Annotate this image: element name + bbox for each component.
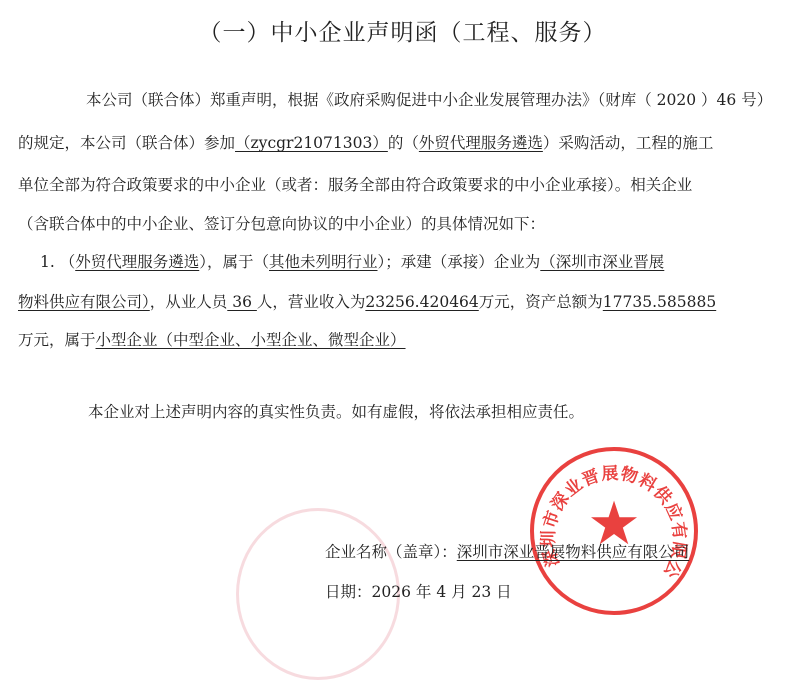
item-text-d: 人，营业收入为 bbox=[257, 293, 366, 311]
svg-text:深圳市深业晋展物料供应有限公司: 深圳市深业晋展物料供应有限公司 bbox=[534, 451, 691, 582]
project-name: 外贸代理服务遴选 bbox=[419, 134, 543, 152]
signature-date-line: 日期：2026 年 4 月 23 日 bbox=[325, 580, 512, 602]
enterprise-type: 小型企业（中型企业、小型企业、微型企业） bbox=[96, 331, 406, 349]
item-1-line-2: 物料供应有限公司），从业人员 36 人，营业收入为23256.420464万元，… bbox=[18, 290, 716, 312]
company-name-part-1: （深圳市深业晋展 bbox=[540, 253, 664, 271]
item-text-b: ）；承建（承接）企业为 bbox=[378, 253, 541, 271]
company-seal: ★ 深圳市深业晋展物料供应有限公司 bbox=[530, 447, 698, 615]
document-title: （一）中小企业声明函（工程、服务） bbox=[0, 14, 805, 47]
assets: 17735.585885 bbox=[603, 293, 716, 311]
paragraph-1-line-4: （含联合体中的中小企业、签订分包意向协议的中小企业）的具体情况如下： bbox=[18, 212, 545, 234]
paragraph-1-line-3: 单位全部为符合政策要求的中小企业（或者：服务全部由符合政策要求的中小企业承接）。… bbox=[18, 173, 692, 195]
project-code: （zycgr21071303） bbox=[235, 134, 388, 152]
item-1-line-3: 万元，属于小型企业（中型企业、小型企业、微型企业） bbox=[18, 328, 406, 350]
employees: 36 bbox=[227, 293, 257, 311]
seal-text-ring: 深圳市深业晋展物料供应有限公司 bbox=[534, 451, 694, 611]
paragraph-1-line-2: 的规定，本公司（联合体）参加（zycgr21071303）的（外贸代理服务遴选）… bbox=[18, 131, 713, 153]
industry: 其他未列明行业 bbox=[269, 253, 378, 271]
item-text-a: ），属于（ bbox=[199, 253, 269, 271]
item-text-f: 万元，属于 bbox=[18, 331, 96, 349]
item-1-line-1: 1. （外贸代理服务遴选），属于（其他未列明行业）；承建（承接）企业为（深圳市深… bbox=[40, 250, 664, 272]
item-text-c: ，从业人员 bbox=[150, 293, 228, 311]
signature-company-line: 企业名称（盖章）：深圳市深业晋展物料供应有限公司 bbox=[325, 540, 689, 562]
line-2-suffix: ）采购活动，工程的施工 bbox=[543, 134, 714, 152]
item-number: 1. （ bbox=[40, 253, 75, 271]
signature-company-name: 深圳市深业晋展物料供应有限公司 bbox=[457, 543, 690, 561]
item-project-name: 外贸代理服务遴选 bbox=[75, 253, 199, 271]
company-name-part-2: 物料供应有限公司） bbox=[18, 293, 150, 311]
responsibility-statement: 本企业对上述声明内容的真实性负责。如有虚假，将依法承担相应责任。 bbox=[88, 400, 584, 422]
company-label: 企业名称（盖章）： bbox=[325, 543, 457, 561]
line-2-prefix: 的规定，本公司（联合体）参加 bbox=[18, 134, 235, 152]
date-label: 日期： bbox=[325, 583, 372, 601]
line-2-mid: 的（ bbox=[388, 134, 419, 152]
date-value: 2026 年 4 月 23 日 bbox=[372, 583, 512, 601]
item-text-e: 万元，资产总额为 bbox=[479, 293, 603, 311]
paragraph-1-line-1: 本公司（联合体）郑重声明，根据《政府采购促进中小企业发展管理办法》（财库（ 20… bbox=[86, 88, 772, 110]
revenue: 23256.420464 bbox=[365, 293, 478, 311]
